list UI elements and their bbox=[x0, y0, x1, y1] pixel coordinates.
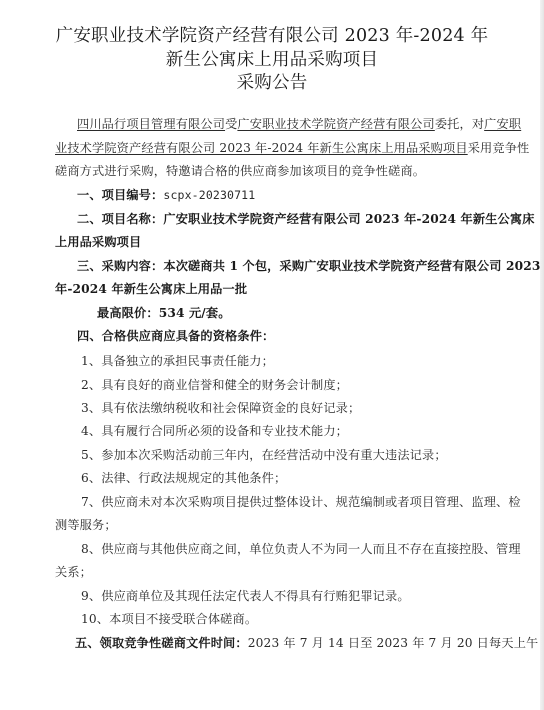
content-text: 本次磋商共 1 个包，采购广安职业技术学院资产经营有限公司 2023 bbox=[163, 259, 540, 273]
section-document-time: 五、领取竞争性磋商文件时间：2023 年 7 月 14 日至 2023 年 7 … bbox=[75, 634, 538, 651]
qualification-item-cont: 关系； bbox=[55, 563, 92, 580]
section-label: 三、采购内容： bbox=[77, 259, 163, 273]
intro-line-3: 磋商方式进行采购，特邀请合格的供应商参加该项目的竞争性磋商。 bbox=[55, 162, 425, 179]
qualification-item: 6、法律、行政法规规定的其他条件； bbox=[81, 469, 286, 486]
intro-text: 受 bbox=[225, 117, 237, 131]
document-page: 广安职业技术学院资产经营有限公司 2023 年-2024 年 新生公寓床上用品采… bbox=[0, 0, 544, 710]
page-edge bbox=[540, 0, 544, 710]
section-project-name: 二、项目名称：广安职业技术学院资产经营有限公司 2023 年-2024 年新生公… bbox=[77, 210, 535, 227]
section-qualifications-heading: 四、合格供应商应具备的资格条件： bbox=[77, 327, 274, 344]
project-name-part: 业技术学院资产经营有限公司 2023 年-2024 年新生公寓床上用品采购项目 bbox=[55, 141, 468, 155]
project-number: scpx-20230711 bbox=[163, 188, 255, 202]
section-project-number: 一、项目编号：scpx-20230711 bbox=[77, 186, 255, 203]
qualification-item: 3、具有依法缴纳税收和社会保障资金的良好记录； bbox=[81, 399, 360, 416]
title-line-3: 采购公告 bbox=[0, 69, 544, 94]
agency-name: 四川品行项目管理有限公司 bbox=[77, 117, 225, 131]
qualification-item: 4、具有履行合同所必须的设备和专业技术能力； bbox=[81, 422, 348, 439]
qualification-item: 8、供应商与其他供应商之间，单位负责人不为同一人而且不存在直接控股、管理 bbox=[81, 540, 521, 557]
project-name-cont: 上用品采购项目 bbox=[55, 233, 141, 250]
qualification-item: 5、参加本次采购活动前三年内，在经营活动中没有重大违法记录； bbox=[81, 446, 447, 463]
qualification-item: 7、供应商未对本次采购项目提供过整体设计、规范编制或者项目管理、监理、检 bbox=[81, 493, 521, 510]
title-line-1: 广安职业技术学院资产经营有限公司 2023 年-2024 年 bbox=[0, 22, 544, 47]
content-text-cont: 年-2024 年新生公寓床上用品一批 bbox=[55, 280, 247, 297]
intro-text: 采用竞争性 bbox=[468, 141, 530, 155]
intro-text: 委托，对 bbox=[435, 117, 484, 131]
qualification-item: 2、具有良好的商业信誉和健全的财务会计制度； bbox=[81, 376, 348, 393]
document-time: 2023 年 7 月 14 日至 2023 年 7 月 20 日每天上午 bbox=[248, 636, 539, 650]
max-price-label: 最高限价： bbox=[97, 306, 159, 320]
project-name-part: 广安职 bbox=[484, 117, 521, 131]
title-line-2: 新生公寓床上用品采购项目 bbox=[0, 46, 544, 71]
section-label: 五、领取竞争性磋商文件时间： bbox=[75, 636, 248, 650]
max-price: 最高限价：534 元/套。 bbox=[97, 304, 231, 321]
client-name: 广安职业技术学院资产经营有限公司 bbox=[237, 117, 434, 131]
max-price-value: 534 元/套。 bbox=[159, 306, 231, 320]
intro-line-1: 四川品行项目管理有限公司受广安职业技术学院资产经营有限公司委托，对广安职 bbox=[77, 115, 521, 132]
qualification-item: 9、供应商单位及其现任法定代表人不得具有行贿犯罪记录。 bbox=[81, 587, 410, 604]
section-label: 一、项目编号： bbox=[77, 188, 163, 202]
qualification-item: 10、本项目不接受联合体磋商。 bbox=[81, 610, 257, 627]
project-name: 广安职业技术学院资产经营有限公司 2023 年-2024 年新生公寓床 bbox=[163, 212, 534, 226]
intro-line-2: 业技术学院资产经营有限公司 2023 年-2024 年新生公寓床上用品采购项目采… bbox=[55, 139, 529, 156]
section-content: 三、采购内容：本次磋商共 1 个包，采购广安职业技术学院资产经营有限公司 202… bbox=[77, 257, 540, 274]
section-label: 二、项目名称： bbox=[77, 212, 163, 226]
qualification-item-cont: 测等服务； bbox=[55, 516, 117, 533]
qualification-item: 1、具备独立的承担民事责任能力； bbox=[81, 352, 274, 369]
